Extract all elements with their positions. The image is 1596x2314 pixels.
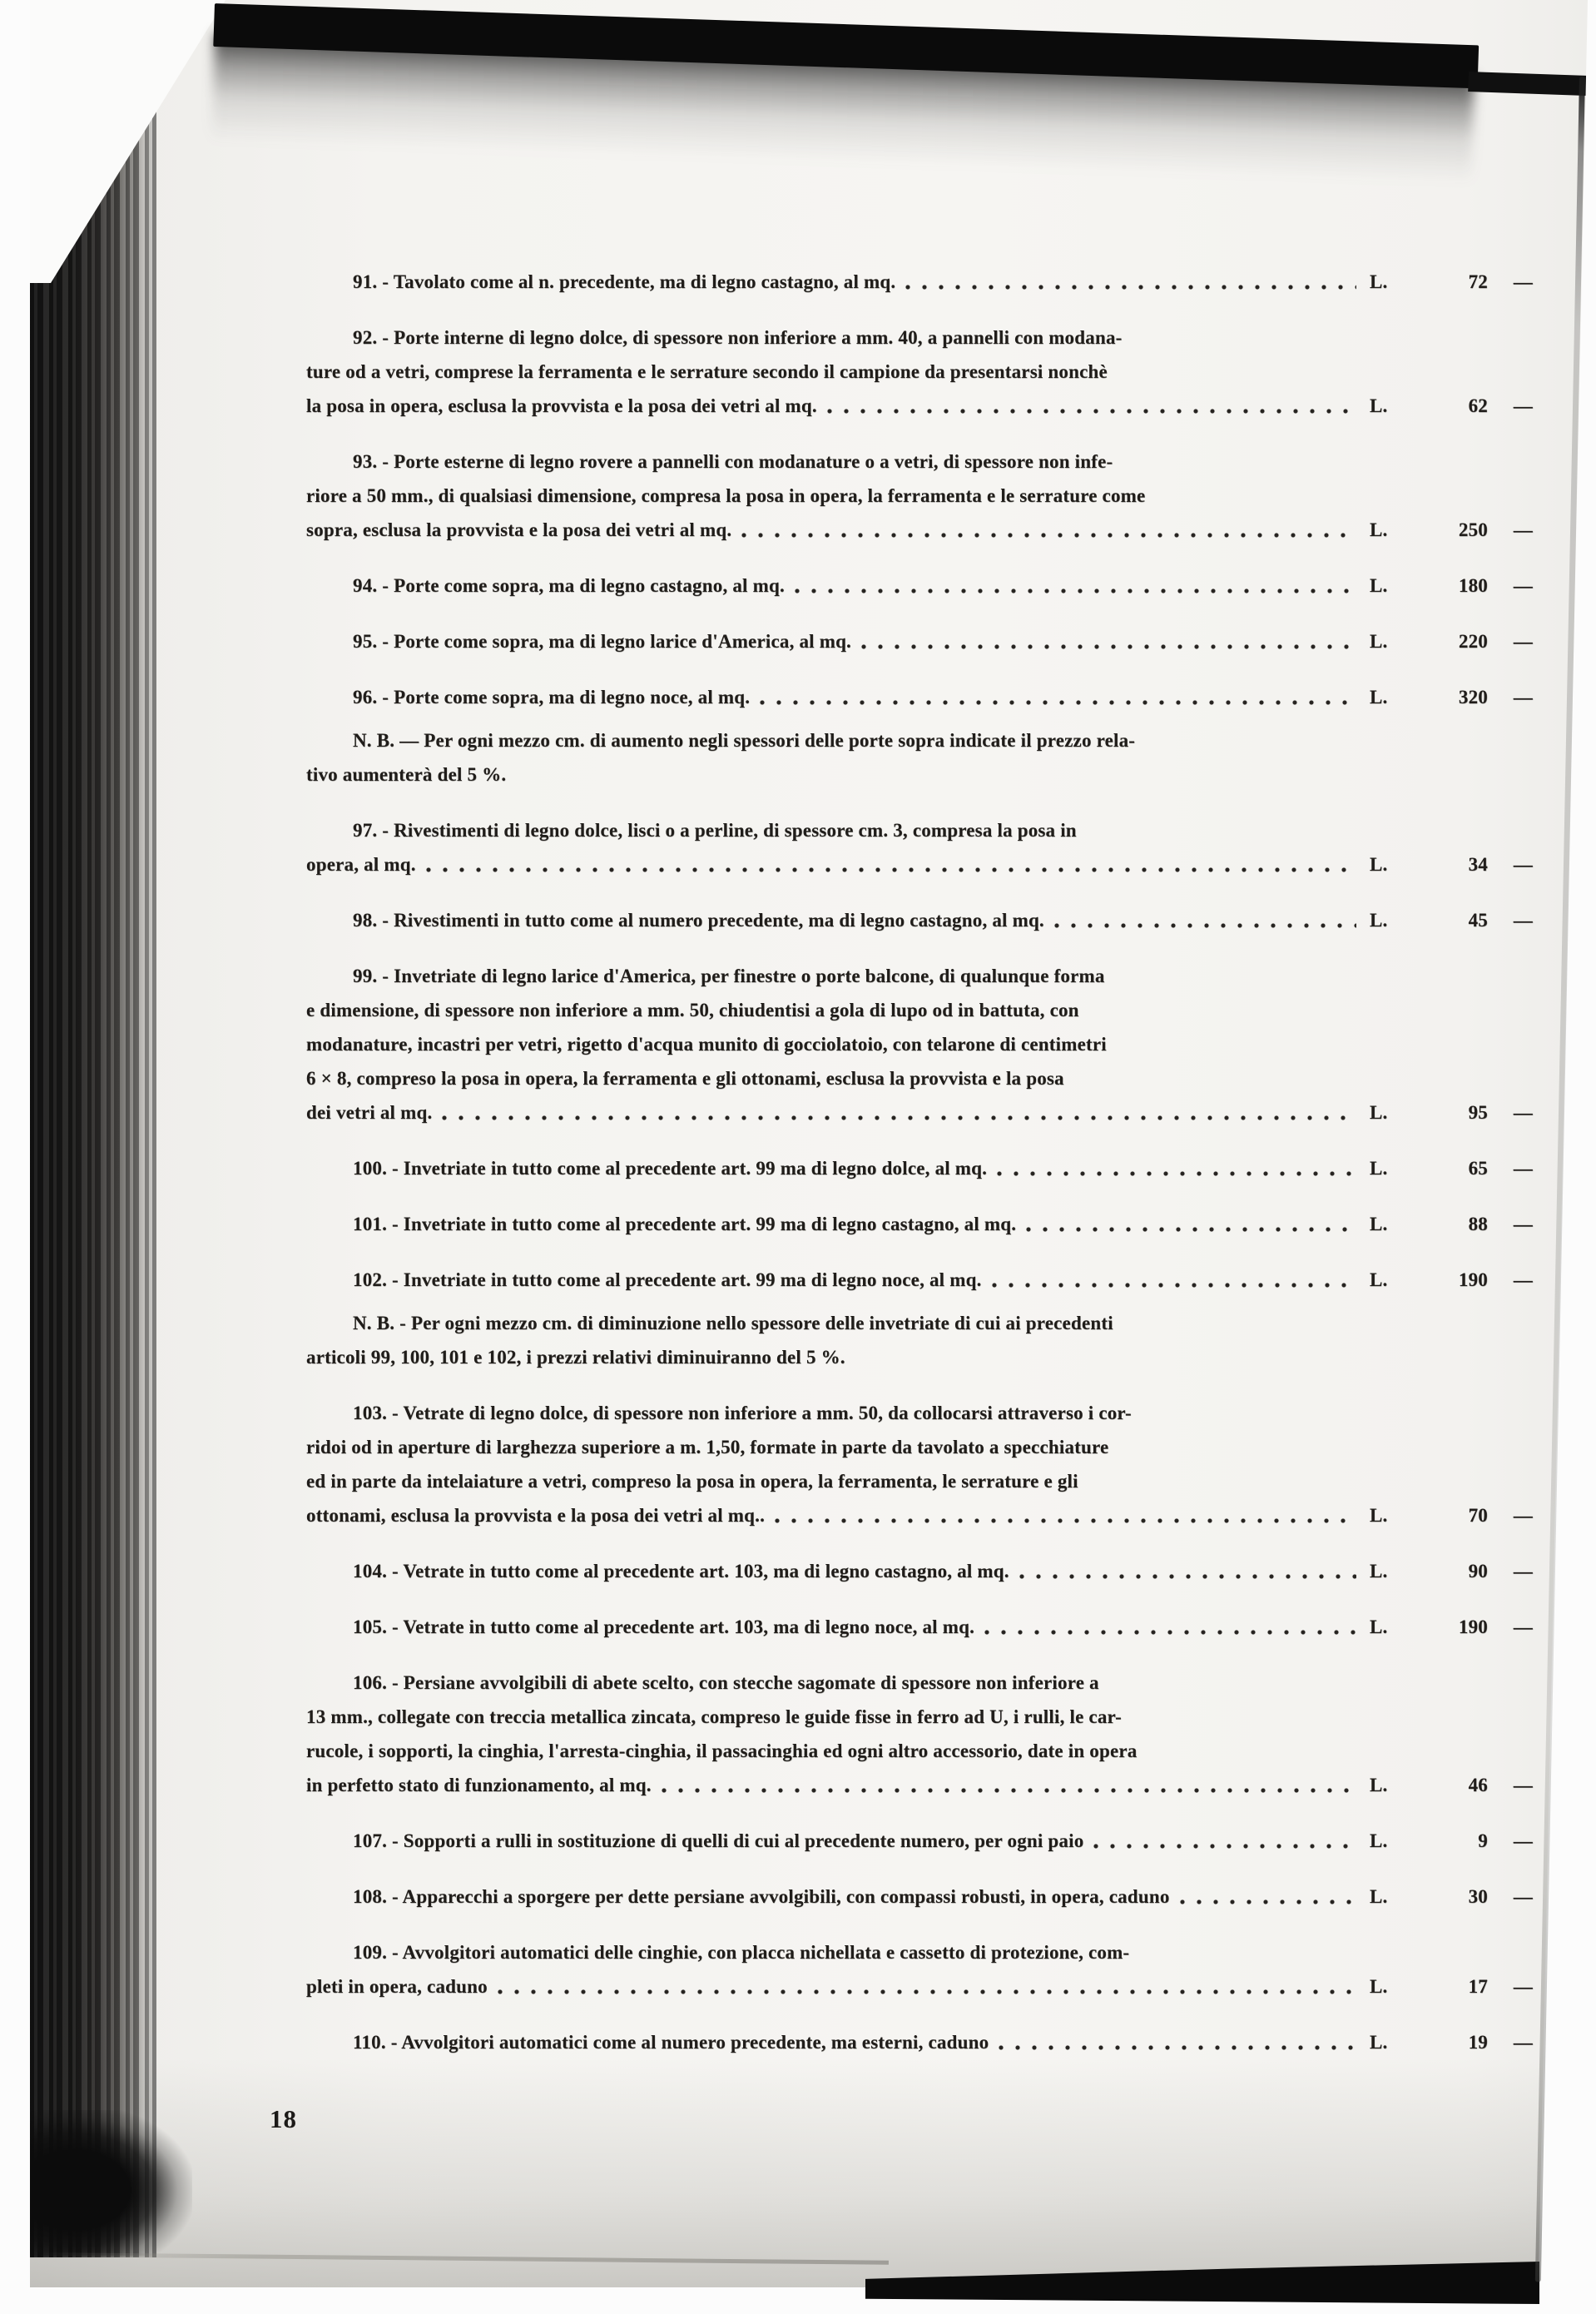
dot-leader — [1026, 1226, 1356, 1234]
item-text-line: N. B. - Per ogni mezzo cm. di diminuzion… — [306, 1306, 1533, 1340]
price-list-item: 95. - Porte come sopra, ma di legno lari… — [306, 624, 1533, 658]
item-text: sopra, esclusa la provvista e la posa de… — [306, 513, 731, 547]
price-dash: — — [1488, 1207, 1533, 1241]
dot-leader — [662, 1787, 1356, 1795]
price-value: 190 — [1416, 1610, 1488, 1644]
item-text: 95. - Porte come sopra, ma di legno lari… — [306, 624, 851, 658]
item-text: 96. - Porte come sopra, ma di legno noce… — [306, 680, 750, 714]
item-text: 101. - Invetriate in tutto come al prece… — [306, 1207, 1016, 1241]
price-value: 30 — [1416, 1880, 1488, 1914]
price-list-item: 109. - Avvolgitori automatici delle cing… — [306, 1935, 1533, 2004]
dot-leader — [984, 1629, 1356, 1636]
item-text-line: ture od a vetri, comprese la ferramenta … — [306, 355, 1533, 389]
item-text-line: 92. - Porte interne di legno dolce, di s… — [306, 320, 1533, 355]
price-value: 95 — [1416, 1095, 1488, 1130]
dot-leader — [442, 1115, 1356, 1122]
item-text-line: 6 × 8, compreso la posa in opera, la fer… — [306, 1061, 1533, 1095]
currency-label: L. — [1370, 2025, 1416, 2059]
dot-leader — [775, 1517, 1356, 1525]
price-value: 19 — [1416, 2025, 1488, 2059]
item-text-line: ridoi od in aperture di larghezza superi… — [306, 1430, 1533, 1464]
price-list-item: 104. - Vetrate in tutto come al preceden… — [306, 1554, 1533, 1588]
currency-label: L. — [1370, 1263, 1416, 1297]
price-list-item: 91. - Tavolato come al n. precedente, ma… — [306, 265, 1533, 299]
dot-leader — [760, 699, 1356, 707]
price-list-item: 110. - Avvolgitori automatici come al nu… — [306, 2025, 1533, 2059]
item-price-line: pleti in opera, cadunoL.17— — [306, 1969, 1533, 2004]
currency-label: L. — [1370, 1610, 1416, 1644]
price-value: 9 — [1416, 1824, 1488, 1858]
item-text-line: rucole, i sopporti, la cinghia, l'arrest… — [306, 1734, 1533, 1768]
currency-label: L. — [1370, 847, 1416, 881]
price-list-item: 92. - Porte interne di legno dolce, di s… — [306, 320, 1533, 423]
price-value: 65 — [1416, 1151, 1488, 1185]
price-list-item: 107. - Sopporti a rulli in sostituzione … — [306, 1824, 1533, 1858]
item-price-line: 96. - Porte come sopra, ma di legno noce… — [306, 680, 1533, 714]
price-value: 70 — [1416, 1498, 1488, 1532]
item-text-line: 99. - Invetriate di legno larice d'Ameri… — [306, 959, 1533, 993]
dot-leader — [1093, 1843, 1356, 1850]
price-value: 72 — [1416, 265, 1488, 299]
item-text-line: 106. - Persiane avvolgibili di abete sce… — [306, 1666, 1533, 1700]
currency-label: L. — [1370, 1824, 1416, 1858]
price-list-item: 108. - Apparecchi a sporgere per dette p… — [306, 1880, 1533, 1914]
currency-label: L. — [1370, 680, 1416, 714]
price-dash: — — [1488, 2025, 1533, 2059]
price-list-item: 99. - Invetriate di legno larice d'Ameri… — [306, 959, 1533, 1130]
item-text-line: N. B. — Per ogni mezzo cm. di aumento ne… — [306, 723, 1533, 757]
price-dash: — — [1488, 1768, 1533, 1802]
currency-label: L. — [1370, 1969, 1416, 2004]
currency-label: L. — [1370, 1095, 1416, 1130]
gutter-bottom-shadow — [30, 2110, 192, 2256]
price-dash: — — [1488, 1554, 1533, 1588]
item-price-line: 102. - Invetriate in tutto come al prece… — [306, 1263, 1533, 1297]
dot-leader — [1054, 922, 1356, 930]
scanned-book-page: 91. - Tavolato come al n. precedente, ma… — [0, 0, 1596, 2314]
item-price-line: opera, al mq.L.34— — [306, 847, 1533, 881]
item-price-line: 105. - Vetrate in tutto come al preceden… — [306, 1610, 1533, 1644]
book-gutter-shadow — [30, 0, 156, 2257]
currency-label: L. — [1370, 1554, 1416, 1588]
price-dash: — — [1488, 1498, 1533, 1532]
price-list-item: 101. - Invetriate in tutto come al prece… — [306, 1207, 1533, 1241]
price-value: 17 — [1416, 1969, 1488, 2004]
dot-leader — [1019, 1573, 1356, 1581]
nb-note: N. B. - Per ogni mezzo cm. di diminuzion… — [306, 1306, 1533, 1374]
item-price-line: dei vetri al mq.L.95— — [306, 1095, 1533, 1130]
item-text: dei vetri al mq. — [306, 1095, 432, 1130]
currency-label: L. — [1370, 389, 1416, 423]
price-value: 62 — [1416, 389, 1488, 423]
item-price-line: sopra, esclusa la provvista e la posa de… — [306, 513, 1533, 547]
item-text: la posa in opera, esclusa la provvista e… — [306, 389, 817, 423]
price-dash: — — [1488, 1263, 1533, 1297]
price-dash: — — [1488, 569, 1533, 603]
dot-leader — [1180, 1899, 1356, 1906]
item-text-line: riore a 50 mm., di qualsiasi dimensione,… — [306, 479, 1533, 513]
currency-label: L. — [1370, 624, 1416, 658]
price-dash: — — [1488, 389, 1533, 423]
currency-label: L. — [1370, 265, 1416, 299]
item-price-line: ottonami, esclusa la provvista e la posa… — [306, 1498, 1533, 1532]
item-text: 110. - Avvolgitori automatici come al nu… — [306, 2025, 989, 2059]
item-text: 100. - Invetriate in tutto come al prece… — [306, 1151, 987, 1185]
currency-label: L. — [1370, 1880, 1416, 1914]
item-text-line: articoli 99, 100, 101 e 102, i prezzi re… — [306, 1340, 1533, 1374]
price-value: 250 — [1416, 513, 1488, 547]
item-text: 94. - Porte come sopra, ma di legno cast… — [306, 569, 785, 603]
item-text-line: 13 mm., collegate con treccia metallica … — [306, 1700, 1533, 1734]
price-dash: — — [1488, 513, 1533, 547]
price-value: 34 — [1416, 847, 1488, 881]
currency-label: L. — [1370, 1207, 1416, 1241]
dot-leader — [992, 1282, 1356, 1289]
dot-leader — [999, 2044, 1356, 2052]
dot-leader — [905, 284, 1356, 291]
item-text: 91. - Tavolato come al n. precedente, ma… — [306, 265, 895, 299]
dot-leader — [741, 532, 1356, 539]
item-text-line: ed in parte da intelaiature a vetri, com… — [306, 1464, 1533, 1498]
price-dash: — — [1488, 903, 1533, 937]
item-text: 105. - Vetrate in tutto come al preceden… — [306, 1610, 974, 1644]
item-text-line: e dimensione, di spessore non inferiore … — [306, 993, 1533, 1027]
price-dash: — — [1488, 1969, 1533, 2004]
currency-label: L. — [1370, 903, 1416, 937]
item-text: 102. - Invetriate in tutto come al prece… — [306, 1263, 982, 1297]
item-text: 98. - Rivestimenti in tutto come al nume… — [306, 903, 1044, 937]
price-list-item: 100. - Invetriate in tutto come al prece… — [306, 1151, 1533, 1185]
price-value: 180 — [1416, 569, 1488, 603]
page-number: 18 — [270, 2104, 297, 2134]
item-price-line: 94. - Porte come sopra, ma di legno cast… — [306, 569, 1533, 603]
item-text: 108. - Apparecchi a sporgere per dette p… — [306, 1880, 1170, 1914]
price-list-item: 102. - Invetriate in tutto come al prece… — [306, 1263, 1533, 1297]
item-text: 104. - Vetrate in tutto come al preceden… — [306, 1554, 1009, 1588]
price-dash: — — [1488, 1610, 1533, 1644]
dot-leader — [426, 867, 1356, 874]
price-dash: — — [1488, 1151, 1533, 1185]
price-list-item: 105. - Vetrate in tutto come al preceden… — [306, 1610, 1533, 1644]
currency-label: L. — [1370, 1768, 1416, 1802]
price-list: 91. - Tavolato come al n. precedente, ma… — [306, 0, 1533, 2059]
price-value: 190 — [1416, 1263, 1488, 1297]
item-price-line: 95. - Porte come sopra, ma di legno lari… — [306, 624, 1533, 658]
price-value: 320 — [1416, 680, 1488, 714]
currency-label: L. — [1370, 1498, 1416, 1532]
item-price-line: 107. - Sopporti a rulli in sostituzione … — [306, 1824, 1533, 1858]
dot-leader — [498, 1989, 1356, 1996]
price-value: 88 — [1416, 1207, 1488, 1241]
price-dash: — — [1488, 1824, 1533, 1858]
item-price-line: 108. - Apparecchi a sporgere per dette p… — [306, 1880, 1533, 1914]
price-list-item: 96. - Porte come sopra, ma di legno noce… — [306, 680, 1533, 714]
item-price-line: 98. - Rivestimenti in tutto come al nume… — [306, 903, 1533, 937]
item-text-line: tivo aumenterà del 5 %. — [306, 757, 1533, 792]
item-text-line: modanature, incastri per vetri, rigetto … — [306, 1027, 1533, 1061]
item-text: in perfetto stato di funzionamento, al m… — [306, 1768, 652, 1802]
price-list-item: 94. - Porte come sopra, ma di legno cast… — [306, 569, 1533, 603]
nb-note: N. B. — Per ogni mezzo cm. di aumento ne… — [306, 723, 1533, 792]
price-dash: — — [1488, 1880, 1533, 1914]
item-price-line: 110. - Avvolgitori automatici come al nu… — [306, 2025, 1533, 2059]
item-price-line: 100. - Invetriate in tutto come al prece… — [306, 1151, 1533, 1185]
item-text-line: 93. - Porte esterne di legno rovere a pa… — [306, 444, 1533, 479]
item-price-line: in perfetto stato di funzionamento, al m… — [306, 1768, 1533, 1802]
price-list-item: 98. - Rivestimenti in tutto come al nume… — [306, 903, 1533, 937]
price-value: 90 — [1416, 1554, 1488, 1588]
price-list-item: 106. - Persiane avvolgibili di abete sce… — [306, 1666, 1533, 1802]
item-text: 107. - Sopporti a rulli in sostituzione … — [306, 1824, 1083, 1858]
price-value: 46 — [1416, 1768, 1488, 1802]
item-text-line: 97. - Rivestimenti di legno dolce, lisci… — [306, 813, 1533, 847]
currency-label: L. — [1370, 513, 1416, 547]
price-value: 45 — [1416, 903, 1488, 937]
price-dash: — — [1488, 1095, 1533, 1130]
item-text: opera, al mq. — [306, 847, 416, 881]
dot-leader — [861, 643, 1356, 651]
currency-label: L. — [1370, 1151, 1416, 1185]
dot-leader — [795, 588, 1356, 595]
item-text-line: 109. - Avvolgitori automatici delle cing… — [306, 1935, 1533, 1969]
price-list-item: 97. - Rivestimenti di legno dolce, lisci… — [306, 813, 1533, 881]
item-price-line: 104. - Vetrate in tutto come al preceden… — [306, 1554, 1533, 1588]
price-value: 220 — [1416, 624, 1488, 658]
item-price-line: la posa in opera, esclusa la provvista e… — [306, 389, 1533, 423]
item-text: ottonami, esclusa la provvista e la posa… — [306, 1498, 765, 1532]
dot-leader — [997, 1170, 1356, 1178]
price-dash: — — [1488, 265, 1533, 299]
price-list-item: 93. - Porte esterne di legno rovere a pa… — [306, 444, 1533, 547]
price-dash: — — [1488, 847, 1533, 881]
price-dash: — — [1488, 624, 1533, 658]
currency-label: L. — [1370, 569, 1416, 603]
item-price-line: 101. - Invetriate in tutto come al prece… — [306, 1207, 1533, 1241]
item-price-line: 91. - Tavolato come al n. precedente, ma… — [306, 265, 1533, 299]
item-text-line: 103. - Vetrate di legno dolce, di spesso… — [306, 1396, 1533, 1430]
price-list-item: 103. - Vetrate di legno dolce, di spesso… — [306, 1396, 1533, 1532]
dot-leader — [827, 408, 1356, 415]
item-text: pleti in opera, caduno — [306, 1969, 488, 2004]
price-dash: — — [1488, 680, 1533, 714]
